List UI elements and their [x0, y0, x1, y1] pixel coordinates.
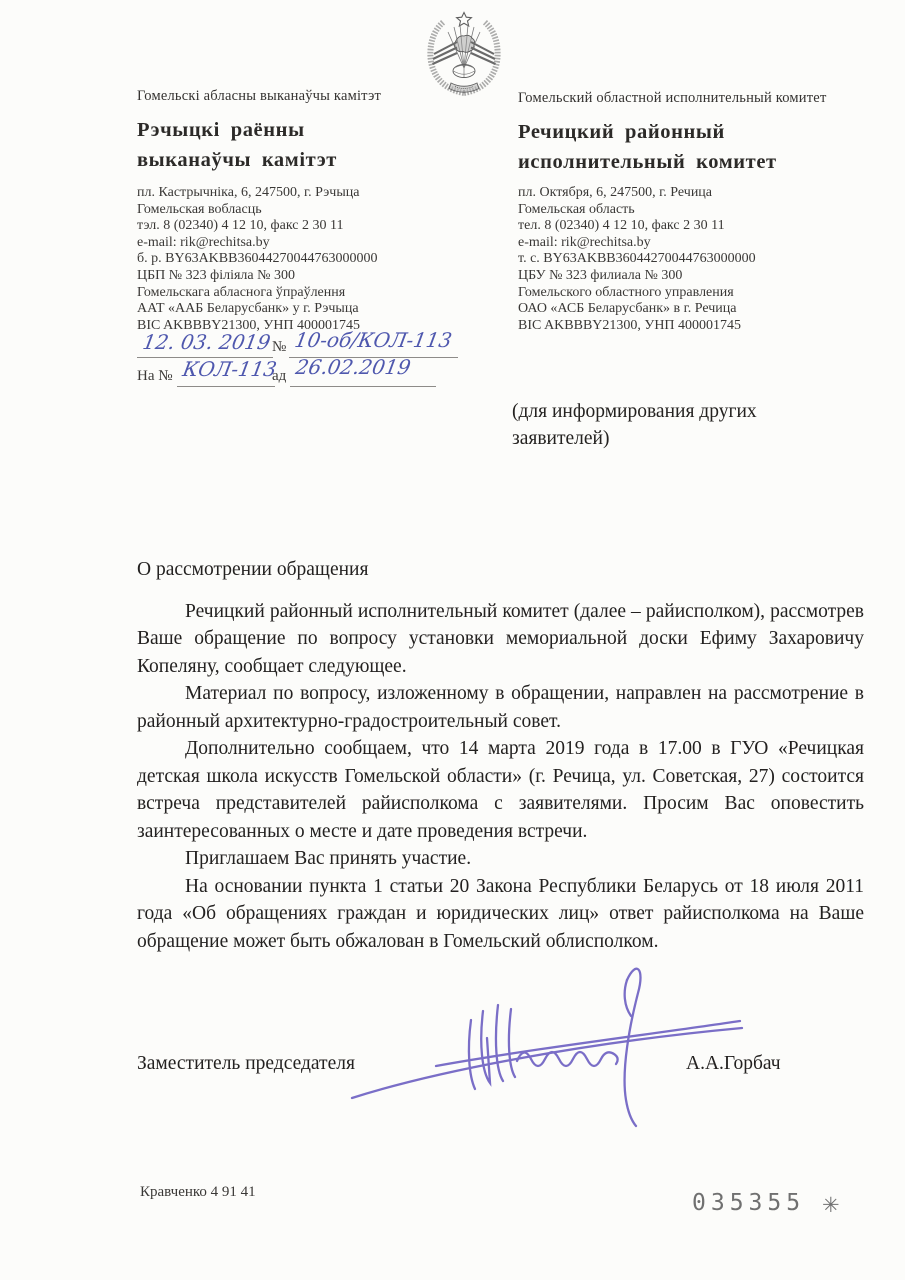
left-address-line: пл. Кастрычніка, 6, 247500, г. Рэчыца: [137, 185, 377, 202]
handwritten-incoming-number: КОЛ-113: [181, 357, 279, 381]
left-parent-organization: Гомельскі абласны выканаўчы камітэт: [137, 88, 381, 105]
handwritten-signature: [340, 948, 750, 1148]
right-address-line: тел. 8 (02340) 4 12 10, факс 2 30 11: [518, 218, 756, 235]
incoming-number-field: КОЛ-113: [177, 357, 275, 387]
left-title-line-2: выканаўчы камітэт: [137, 145, 337, 175]
right-address-line: пл. Октября, 6, 247500, г. Речица: [518, 185, 756, 202]
right-address-line: BIC AKBBBY21300, УНП 400001745: [518, 318, 756, 335]
body-paragraph-4: Приглашаем Вас принять участие.: [137, 845, 864, 873]
number-sign-label: №: [272, 339, 286, 356]
body-paragraph-2: Материал по вопросу, изложенному в обращ…: [137, 680, 864, 735]
incoming-date-field: 26.02.2019: [290, 355, 436, 387]
right-parent-organization: Гомельский областной исполнительный коми…: [518, 90, 826, 107]
left-address-line: ЦБП № 323 філіяла № 300: [137, 268, 377, 285]
belarus-coat-of-arms-emblem: [424, 10, 504, 96]
right-address-block: пл. Октября, 6, 247500, г. Речица Гомель…: [518, 185, 756, 334]
handwritten-outgoing-number: 10-об/КОЛ-113: [293, 328, 454, 352]
coat-of-arms-icon: [424, 10, 504, 96]
signature-strokes-icon: [340, 948, 750, 1148]
left-address-line: Гомельская вобласць: [137, 202, 377, 219]
right-address-line: ЦБУ № 323 филиала № 300: [518, 268, 756, 285]
right-address-line: ОАО «АСБ Беларусбанк» в г. Речица: [518, 301, 756, 318]
body-paragraph-3: Дополнительно сообщаем, что 14 марта 201…: [137, 735, 864, 845]
incoming-reference-label: На №: [137, 368, 173, 385]
left-address-block: пл. Кастрычніка, 6, 247500, г. Рэчыца Го…: [137, 185, 377, 334]
right-title-line-2: исполнительный комитет: [518, 147, 777, 177]
body-paragraph-5: На основании пункта 1 статьи 20 Закона Р…: [137, 873, 864, 956]
letter-subject: О рассмотрении обращения: [137, 556, 864, 584]
right-address-line: Гомельского областного управления: [518, 285, 756, 302]
addressee-note: (для информирования других заявителей): [512, 398, 757, 452]
outgoing-number-field: 10-об/КОЛ-113: [289, 328, 458, 358]
left-address-line: ААТ «ААБ Беларусбанк» у г. Рэчыца: [137, 301, 377, 318]
right-title-line-1: Речицкий районный: [518, 117, 777, 147]
scanned-letter-page: Гомельскі абласны выканаўчы камітэт Рэчы…: [0, 0, 905, 1280]
letter-body: О рассмотрении обращения Речицкий районн…: [137, 556, 864, 955]
left-address-line: б. р. BY63AKBB36044270044763000000: [137, 251, 377, 268]
right-address-line: e-mail: rik@rechitsa.by: [518, 235, 756, 252]
left-address-line: e-mail: rik@rechitsa.by: [137, 235, 377, 252]
handwritten-outgoing-date: 12. 03. 2019: [141, 330, 272, 354]
body-paragraph-1: Речицкий районный исполнительный комитет…: [137, 598, 864, 681]
handwritten-incoming-date: 26.02.2019: [294, 355, 413, 379]
left-address-line: тэл. 8 (02340) 4 12 10, факс 2 30 11: [137, 218, 377, 235]
stamp-asterisk-mark: ✳: [822, 1193, 840, 1218]
right-address-line: Гомельская область: [518, 202, 756, 219]
from-date-label: ад: [272, 368, 286, 385]
left-organization-title: Рэчыцкі раённы выканаўчы камітэт: [137, 115, 337, 175]
executor-contact: Кравченко 4 91 41: [140, 1184, 256, 1201]
left-address-line: Гомельскага абласнога ўпраўлення: [137, 285, 377, 302]
addressee-note-line-2: заявителей): [512, 425, 757, 452]
signer-position-title: Заместитель председателя: [137, 1053, 355, 1075]
registration-stamp-number: 035355: [692, 1190, 805, 1216]
right-address-line: т. с. BY63AKBB36044270044763000000: [518, 251, 756, 268]
addressee-note-line-1: (для информирования других: [512, 398, 757, 425]
left-title-line-1: Рэчыцкі раённы: [137, 115, 337, 145]
outgoing-date-field: 12. 03. 2019: [137, 330, 273, 358]
right-organization-title: Речицкий районный исполнительный комитет: [518, 117, 777, 177]
